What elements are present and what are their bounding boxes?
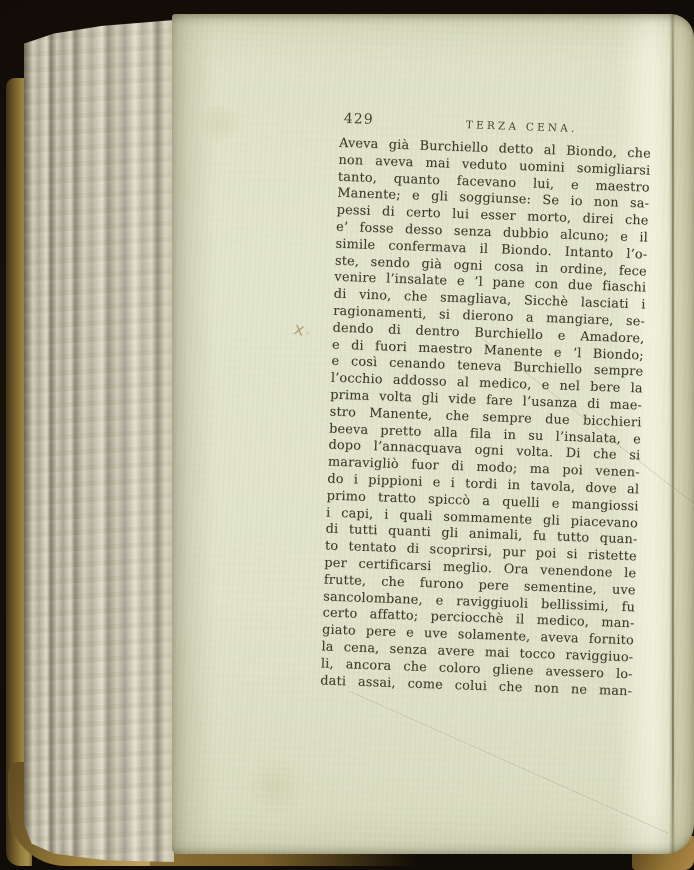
book-page: x 429 TERZA CENA. Aveva già Burchiello d… bbox=[172, 14, 694, 854]
gutter-crease bbox=[672, 14, 674, 854]
running-title: TERZA CENA. bbox=[340, 115, 652, 138]
page-text-block: 429 TERZA CENA. Aveva già Burchiello det… bbox=[320, 111, 652, 701]
fore-edge-page-stack bbox=[24, 20, 174, 862]
book-photo: x 429 TERZA CENA. Aveva già Burchiello d… bbox=[0, 0, 694, 870]
page-crease-line bbox=[349, 691, 669, 834]
margin-mark: x bbox=[292, 319, 307, 341]
